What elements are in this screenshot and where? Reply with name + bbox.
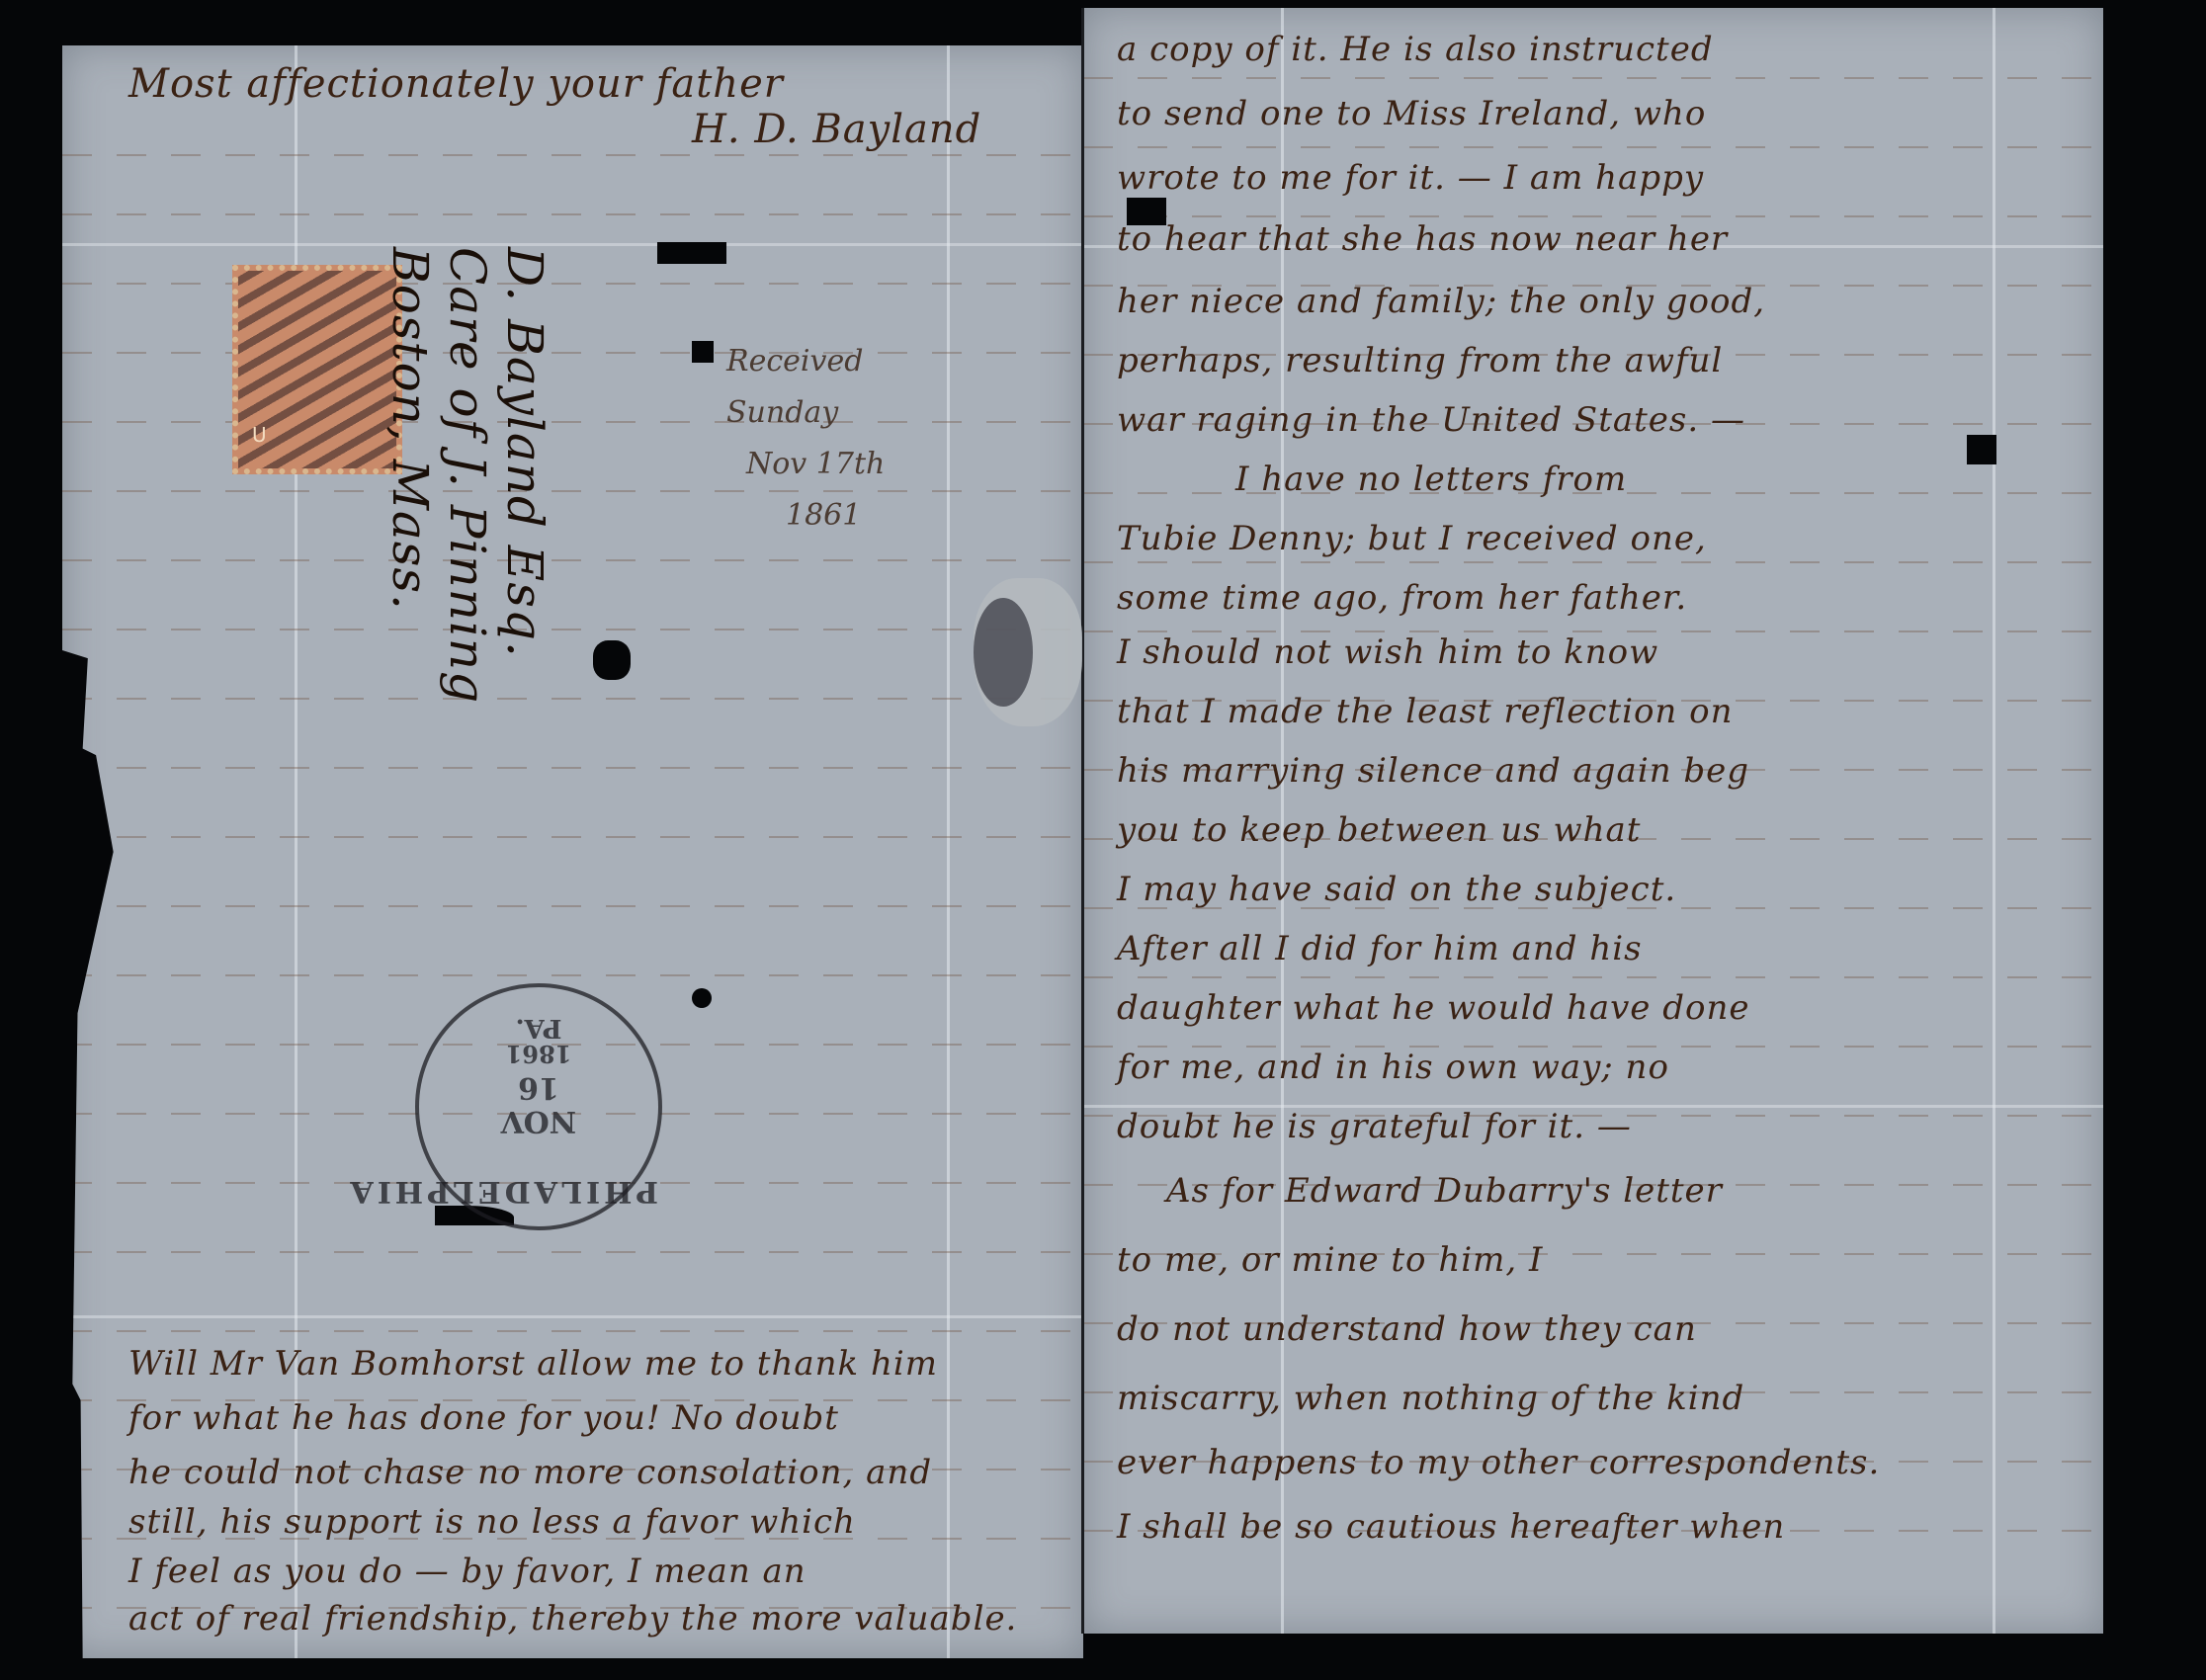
letter-line: to hear that she has now near her <box>1117 219 1728 259</box>
letter-line: I feel as you do — by favor, I mean an <box>128 1552 806 1591</box>
paper-hole <box>692 341 714 363</box>
letter-line: I shall be so cautious hereafter when <box>1117 1507 1785 1547</box>
address-block: D. Bayland Esq. Care of J. Pinning Bosto… <box>382 247 553 704</box>
postmark-city: PHILADELPHIA <box>419 1174 658 1209</box>
address-line: Care of J. Pinning <box>439 247 496 704</box>
paper-hole <box>692 988 712 1008</box>
letter-line: you to keep between us what <box>1117 810 1641 850</box>
received-line: Nov 17th <box>726 439 885 490</box>
letter-line: daughter what he would have done <box>1117 988 1749 1028</box>
letter-line: a copy of it. He is also instructed <box>1117 30 1714 69</box>
wax-seal-remnant <box>974 578 1082 726</box>
closing-line: Most affectionately your father <box>128 61 784 107</box>
address-line: Boston, Mass. <box>382 247 439 704</box>
paper-hole <box>1967 435 1996 464</box>
postmark-day: 16 <box>419 1070 658 1104</box>
letter-line: As for Edward Dubarry's letter <box>1166 1171 1723 1211</box>
letter-line: he could not chase no more consolation, … <box>128 1453 932 1492</box>
letter-line: to me, or mine to him, I <box>1117 1240 1543 1280</box>
letter-line: After all I did for him and his <box>1117 929 1643 968</box>
paper-hole <box>593 640 631 680</box>
letter-line: Tubie Denny; but I received one, <box>1117 519 1707 558</box>
fold-crease <box>947 45 950 1658</box>
letter-line: do not understand how they can <box>1117 1309 1697 1349</box>
letter-line: I should not wish him to know <box>1117 632 1658 672</box>
fold-crease <box>1993 8 1995 1634</box>
center-seam <box>1081 8 1084 1634</box>
letter-line: some time ago, from her father. <box>1117 578 1687 618</box>
letter-line: still, his support is no less a favor wh… <box>128 1502 856 1542</box>
letter-line: to send one to Miss Ireland, who <box>1117 94 1706 133</box>
letter-line: ever happens to my other correspondents. <box>1117 1443 1880 1482</box>
paper-hole <box>657 242 726 264</box>
received-line: 1861 <box>726 490 885 542</box>
letter-line: I have no letters from <box>1235 460 1627 499</box>
letter-line: doubt he is grateful for it. — <box>1117 1107 1632 1146</box>
stamp-letter: U <box>252 423 267 447</box>
letter-line: I may have said on the subject. <box>1117 870 1676 909</box>
postmark-month: NOV <box>419 1104 658 1137</box>
letter-line: act of real friendship, thereby the more… <box>128 1599 1017 1638</box>
postage-stamp: U <box>232 265 402 474</box>
letter-line: that I made the least reflection on <box>1117 692 1734 731</box>
fold-crease <box>62 243 1083 246</box>
letter-line: for what he has done for you! No doubt <box>128 1398 839 1438</box>
letter-line: her niece and family; the only good, <box>1117 282 1765 321</box>
received-note: Received Sunday Nov 17th 1861 <box>726 336 885 542</box>
letter-line: miscarry, when nothing of the kind <box>1117 1379 1744 1418</box>
received-line: Sunday <box>726 387 885 439</box>
letter-line: wrote to me for it. — I am happy <box>1117 158 1704 198</box>
address-line: D. Bayland Esq. <box>496 247 553 704</box>
fold-crease <box>62 1315 1083 1318</box>
letter-line: Will Mr Van Bomhorst allow me to thank h… <box>128 1344 938 1384</box>
signature: H. D. Bayland <box>692 107 981 152</box>
letter-line: perhaps, resulting from the awful <box>1117 341 1723 380</box>
letter-line: for me, and in his own way; no <box>1117 1048 1669 1087</box>
postmark-date: NOV 16 1861 <box>419 1037 658 1137</box>
received-line: Received <box>726 336 885 387</box>
postmark: PHILADELPHIA NOV 16 1861 PA. <box>415 983 662 1230</box>
letter-line: war raging in the United States. — <box>1117 400 1745 440</box>
postmark-state: PA. <box>419 1013 658 1043</box>
letter-line: his marrying silence and again beg <box>1117 751 1749 791</box>
